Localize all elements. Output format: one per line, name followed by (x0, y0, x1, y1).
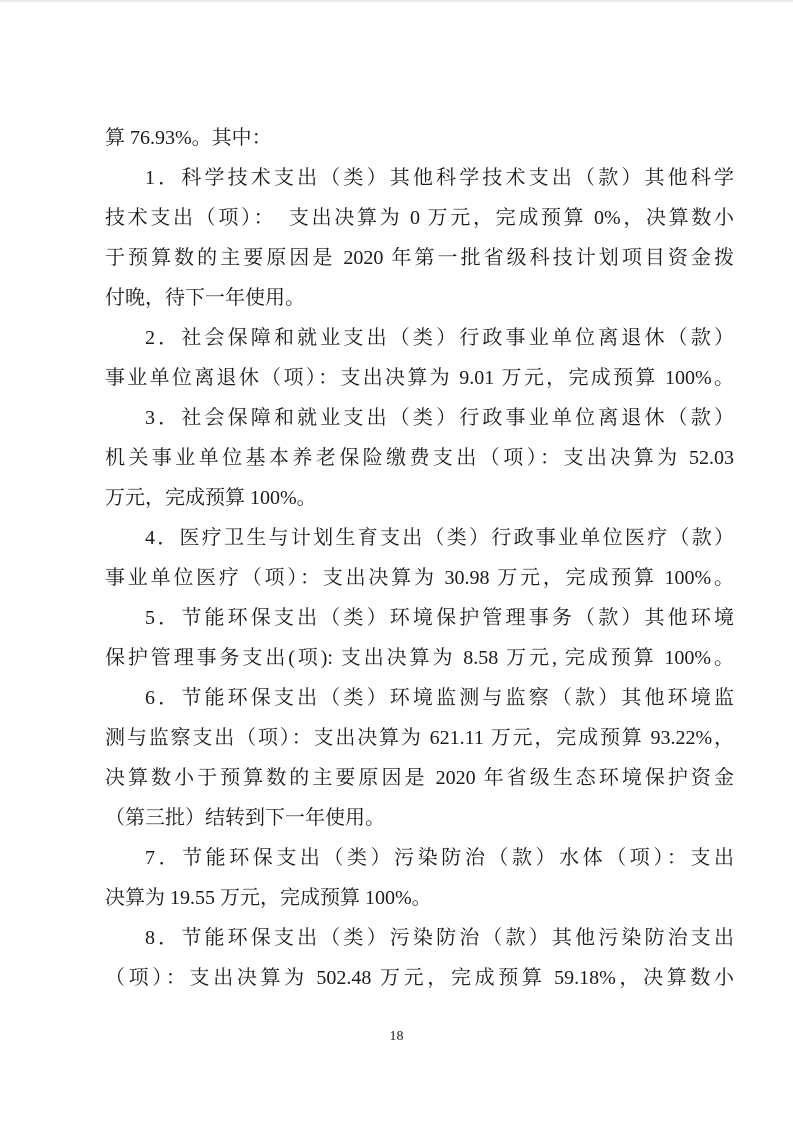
text-line: 1．科学技术支出（类）其他科学技术支出（款）其他科学 (105, 158, 734, 198)
text-line: 决算为 19.55 万元，完成预算 100%。 (105, 878, 734, 918)
document-page: 算 76.93%。其中： 1．科学技术支出（类）其他科学技术支出（款）其他科学 … (0, 0, 793, 1122)
text-line: （项）：支出决算为 502.48 万元，完成预算 59.18%，决算数小 (105, 958, 734, 998)
text-line: 7．节能环保支出（类）污染防治（款）水体（项）：支出 (105, 838, 734, 878)
text-line: （第三批）结转到下一年使用。 (105, 798, 734, 838)
document-body: 算 76.93%。其中： 1．科学技术支出（类）其他科学技术支出（款）其他科学 … (105, 118, 734, 998)
paragraph-item-5: 5．节能环保支出（类）环境保护管理事务（款）其他环境 保护管理事务支出(项): … (105, 598, 734, 678)
paragraph-item-8: 8．节能环保支出（类）污染防治（款）其他污染防治支出 （项）：支出决算为 502… (105, 918, 734, 998)
text-line: 机关事业单位基本养老保险缴费支出（项）：支出决算为 52.03 (105, 438, 734, 478)
text-line: 决算数小于预算数的主要原因是 2020 年省级生态环境保护资金 (105, 758, 734, 798)
paragraph-item-4: 4．医疗卫生与计划生育支出（类）行政事业单位医疗（款） 事业单位医疗（项）：支出… (105, 518, 734, 598)
text-line: 于预算数的主要原因是 2020 年第一批省级科技计划项目资金拨 (105, 238, 734, 278)
text-line: 3．社会保障和就业支出（类）行政事业单位离退休（款） (105, 398, 734, 438)
paragraph-item-3: 3．社会保障和就业支出（类）行政事业单位离退休（款） 机关事业单位基本养老保险缴… (105, 398, 734, 518)
paragraph-item-7: 7．节能环保支出（类）污染防治（款）水体（项）：支出 决算为 19.55 万元，… (105, 838, 734, 918)
text-line: 保护管理事务支出(项): 支出决算为 8.58 万元, 完成预算 100%。 (105, 638, 734, 678)
text-line: 测与监察支出（项）：支出决算为 621.11 万元，完成预算 93.22%， (105, 718, 734, 758)
page-top-edge (0, 0, 793, 2)
text-line: 付晚，待下一年使用。 (105, 278, 734, 318)
text-line: 算 76.93%。其中： (105, 118, 734, 158)
paragraph-item-1: 1．科学技术支出（类）其他科学技术支出（款）其他科学 技术支出（项）： 支出决算… (105, 158, 734, 318)
text-line: 事业单位医疗（项）：支出决算为 30.98 万元，完成预算 100%。 (105, 558, 734, 598)
text-line: 2．社会保障和就业支出（类）行政事业单位离退休（款） (105, 318, 734, 358)
text-line: 万元，完成预算 100%。 (105, 478, 734, 518)
page-number: 18 (0, 1028, 793, 1046)
paragraph-item-2: 2．社会保障和就业支出（类）行政事业单位离退休（款） 事业单位离退休（项）：支出… (105, 318, 734, 398)
text-line: 技术支出（项）： 支出决算为 0 万元，完成预算 0%，决算数小 (105, 198, 734, 238)
text-line: 5．节能环保支出（类）环境保护管理事务（款）其他环境 (105, 598, 734, 638)
text-line: 6．节能环保支出（类）环境监测与监察（款）其他环境监 (105, 678, 734, 718)
text-line: 8．节能环保支出（类）污染防治（款）其他污染防治支出 (105, 918, 734, 958)
paragraph-item-6: 6．节能环保支出（类）环境监测与监察（款）其他环境监 测与监察支出（项）：支出决… (105, 678, 734, 838)
text-line: 4．医疗卫生与计划生育支出（类）行政事业单位医疗（款） (105, 518, 734, 558)
paragraph-carryover: 算 76.93%。其中： (105, 118, 734, 158)
text-line: 事业单位离退休（项）：支出决算为 9.01 万元，完成预算 100%。 (105, 358, 734, 398)
